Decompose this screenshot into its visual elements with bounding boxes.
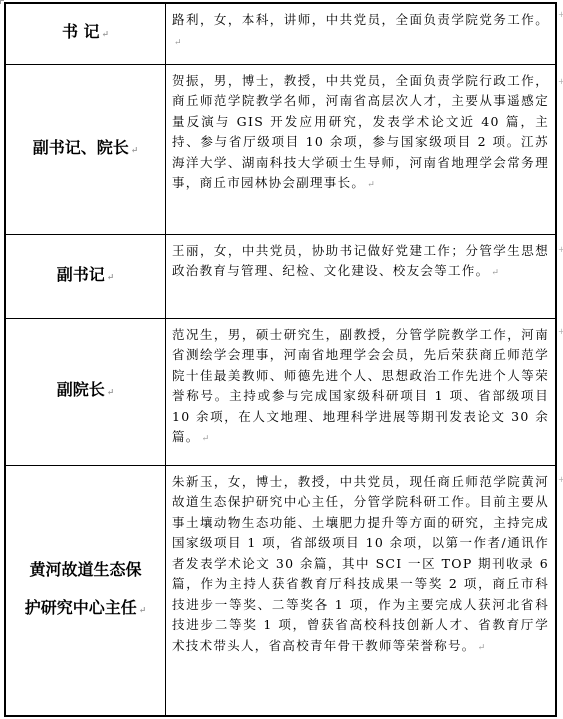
paragraph-mark-icon: ↵: [478, 643, 486, 653]
description-cell: 朱新玉，女，博士，教授，中共党员，现任商丘师范学院黄河故道生态保护研究中心主任，…: [166, 465, 557, 716]
role-cell: 副院长↵: [5, 318, 166, 465]
description-text: 路利，女，本科，讲师，中共党员，全面负责学院党务工作。: [172, 12, 549, 27]
table-row: 副书记↵ 王丽，女，中共党员，协助书记做好党建工作；分管学生思想政治教育与管理、…: [5, 234, 556, 318]
role-cell: 副书记↵: [5, 234, 166, 318]
role-label: 副院长: [57, 380, 105, 399]
row-end-mark-icon: +: [558, 80, 562, 84]
role-label: 书 记: [62, 22, 100, 41]
role-cell: 副书记、院长↵: [5, 64, 166, 234]
table-row: 书 记↵ 路利，女，本科，讲师，中共党员，全面负责学院党务工作。↵: [5, 3, 556, 64]
role-label-line1: 黄河故道生态保: [29, 560, 141, 579]
role-cell: 黄河故道生态保护研究中心主任↵: [5, 465, 166, 716]
table-row: 副书记、院长↵ 贺振，男，博士，教授，中共党员，全面负责学院行政工作，商丘师范学…: [5, 64, 556, 234]
table-row: 黄河故道生态保护研究中心主任↵ 朱新玉，女，博士，教授，中共党员，现任商丘师范学…: [5, 465, 556, 716]
paragraph-mark-icon: ↵: [174, 38, 182, 48]
paragraph-mark-icon: ↵: [107, 273, 115, 283]
table-row: 副院长↵ 范况生，男，硕士研究生，副教授，分管学院教学工作，河南省测绘学会理事，…: [5, 318, 556, 465]
description-text: 朱新玉，女，博士，教授，中共党员，现任商丘师范学院黄河故道生态保护研究中心主任，…: [172, 474, 549, 653]
paragraph-mark-icon: ↵: [367, 180, 375, 190]
paragraph-mark-icon: ↵: [131, 146, 139, 156]
description-cell: 路利，女，本科，讲师，中共党员，全面负责学院党务工作。↵: [166, 3, 557, 64]
description-cell: 贺振，男，博士，教授，中共党员，全面负责学院行政工作，商丘师范学院教学名师，河南…: [166, 64, 557, 234]
description-text: 贺振，男，博士，教授，中共党员，全面负责学院行政工作，商丘师范学院教学名师，河南…: [172, 73, 549, 191]
row-end-mark-icon: +: [558, 478, 562, 482]
paragraph-mark-icon: ↵: [102, 30, 110, 40]
description-text: 范况生，男，硕士研究生，副教授，分管学院教学工作，河南省测绘学会理事，河南省地理…: [172, 327, 549, 445]
role-cell: 书 记↵: [5, 3, 166, 64]
description-cell: 范况生，男，硕士研究生，副教授，分管学院教学工作，河南省测绘学会理事，河南省地理…: [166, 318, 557, 465]
paragraph-mark-icon: ↵: [491, 268, 499, 278]
paragraph-mark-icon: ↵: [107, 388, 115, 398]
row-end-mark-icon: +: [558, 330, 562, 334]
row-end-mark-icon: +: [558, 248, 562, 252]
row-end-mark-icon: +: [558, 13, 562, 17]
role-label: 副书记: [57, 265, 105, 284]
paragraph-mark-icon: ↵: [202, 434, 210, 444]
leadership-table: 书 记↵ 路利，女，本科，讲师，中共党员，全面负责学院党务工作。↵ 副书记、院长…: [4, 2, 557, 717]
description-cell: 王丽，女，中共党员，协助书记做好党建工作；分管学生思想政治教育与管理、纪检、文化…: [166, 234, 557, 318]
role-label: 副书记、院长: [33, 138, 129, 157]
role-label-line2: 护研究中心主任: [25, 598, 137, 617]
paragraph-mark-icon: ↵: [139, 606, 147, 616]
